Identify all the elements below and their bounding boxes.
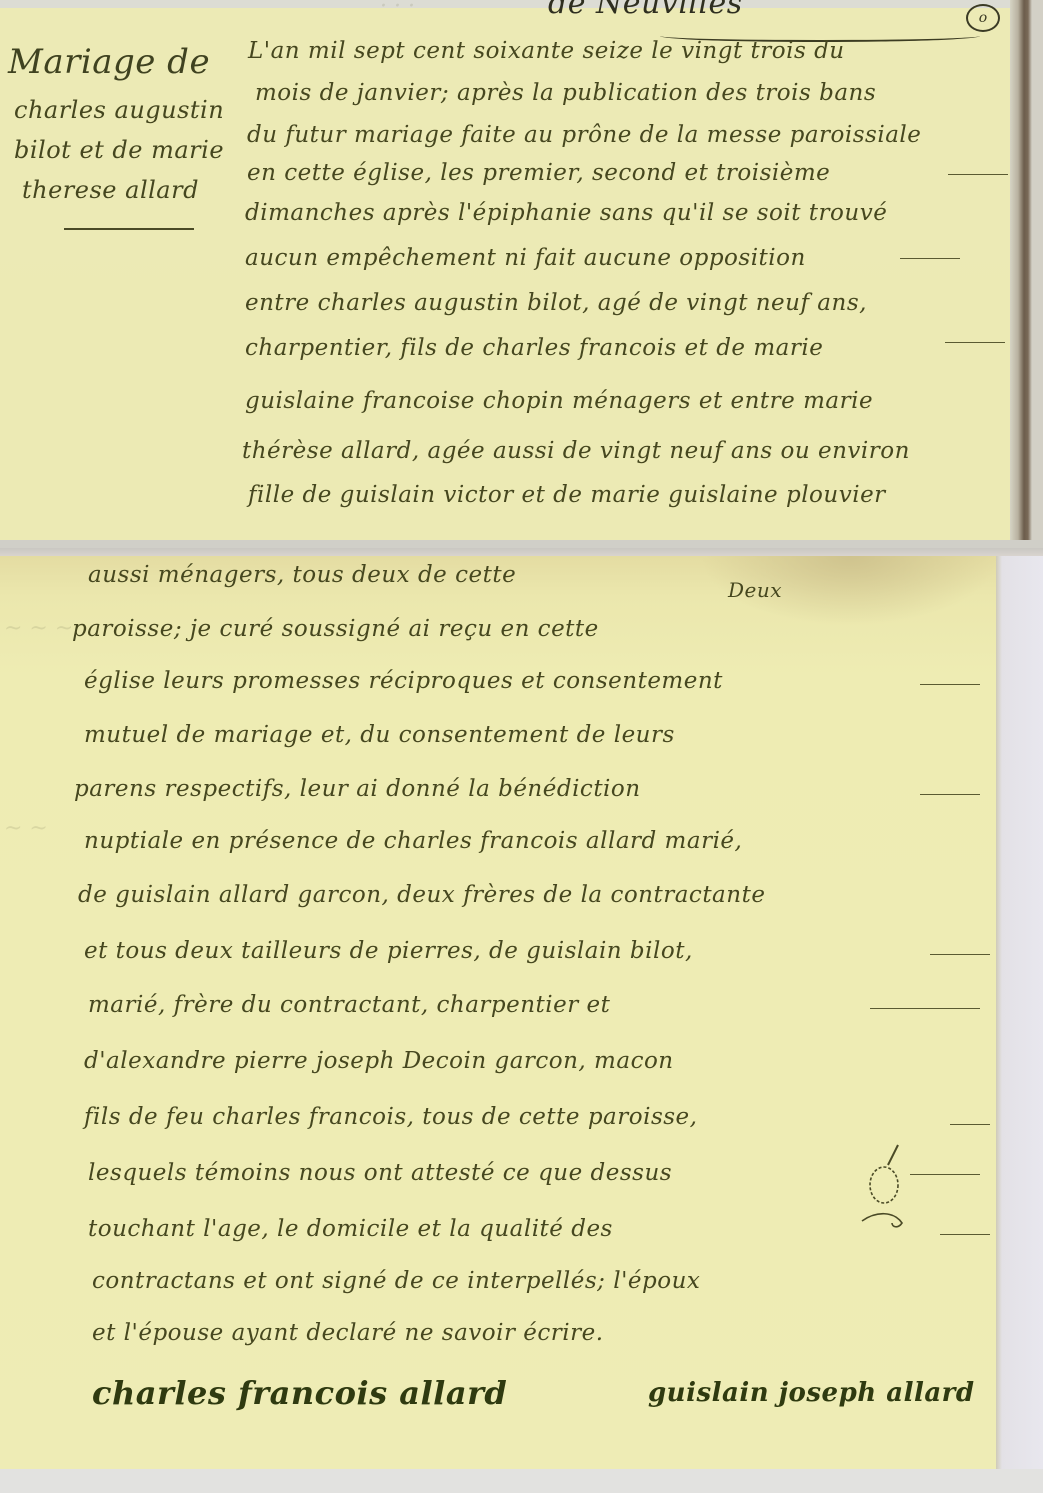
decorative-flourish-icon bbox=[858, 1141, 908, 1231]
line-filler-dash bbox=[920, 684, 980, 685]
record-line: aucun empêchement ni fait aucune opposit… bbox=[245, 245, 806, 271]
fragment-edge bbox=[0, 1469, 1043, 1493]
record-line: et l'épouse ayant declaré ne savoir écri… bbox=[92, 1320, 604, 1346]
record-line: mois de janvier; après la publication de… bbox=[255, 80, 876, 106]
record-line: en cette église, les premier, second et … bbox=[247, 160, 830, 186]
margin-note-underline bbox=[64, 228, 194, 230]
line-filler-dash bbox=[945, 342, 1005, 343]
binding-edge bbox=[1010, 0, 1043, 550]
record-line: dimanches après l'épiphanie sans qu'il s… bbox=[245, 200, 887, 226]
record-line: entre charles augustin bilot, agé de vin… bbox=[245, 290, 867, 316]
line-filler-dash bbox=[900, 258, 960, 259]
record-line: fils de feu charles francois, tous de ce… bbox=[84, 1104, 697, 1130]
page-header-place: de Neuvilles bbox=[548, 0, 743, 21]
line-filler-dash bbox=[870, 1008, 980, 1009]
record-line: aussi ménagers, tous deux de cette bbox=[88, 562, 516, 588]
record-line: lesquels témoins nous ont attesté ce que… bbox=[88, 1160, 672, 1186]
page-margin bbox=[996, 556, 1043, 1493]
record-line: touchant l'age, le domicile et la qualit… bbox=[88, 1216, 613, 1242]
bleedthrough-text: ~ ~ bbox=[4, 816, 48, 841]
signature: guislain joseph allard bbox=[648, 1378, 975, 1408]
record-line: charpentier, fils de charles francois et… bbox=[245, 335, 823, 361]
margin-note-line: charles augustin bbox=[14, 96, 224, 124]
page-number-badge: o bbox=[966, 4, 1000, 32]
margin-note-line: therese allard bbox=[22, 176, 199, 204]
record-line: thérèse allard, agée aussi de vingt neuf… bbox=[242, 438, 910, 464]
line-filler-dash bbox=[940, 1234, 990, 1235]
line-filler-dash bbox=[930, 954, 990, 955]
record-line: nuptiale en présence de charles francois… bbox=[84, 828, 742, 854]
line-filler-dash bbox=[920, 794, 980, 795]
line-filler-dash bbox=[948, 174, 1008, 175]
margin-note-line: bilot et de marie bbox=[14, 136, 224, 164]
record-line: fille de guislain victor et de marie gui… bbox=[248, 482, 886, 508]
record-line: contractans et ont signé de ce interpell… bbox=[92, 1268, 700, 1294]
record-line: guislaine francoise chopin ménagers et e… bbox=[245, 388, 873, 414]
record-line: et tous deux tailleurs de pierres, de gu… bbox=[84, 938, 693, 964]
record-line: du futur mariage faite au prône de la me… bbox=[247, 122, 921, 148]
document-fragment-bottom: ~ ~ ~ ~ ~ Deux aussi ménagers, tous deux… bbox=[0, 556, 1043, 1493]
highlight-overlay bbox=[0, 556, 996, 1493]
margin-note-title: Mariage de bbox=[8, 42, 210, 82]
signature: charles francois allard bbox=[92, 1374, 507, 1412]
record-line: parens respectifs, leur ai donné la béné… bbox=[74, 776, 641, 802]
record-line: église leurs promesses réciproques et co… bbox=[84, 668, 723, 694]
record-line: d'alexandre pierre joseph Decoin garcon,… bbox=[84, 1048, 674, 1074]
document-fragment-top: · · · de Neuvilles o Mariage de charles … bbox=[0, 0, 1043, 550]
bleedthrough-text: · · · bbox=[380, 0, 415, 19]
record-line: L'an mil sept cent soixante seize le vin… bbox=[248, 38, 845, 64]
margin-mark: Deux bbox=[728, 578, 782, 602]
record-line: mutuel de mariage et, du consentement de… bbox=[84, 722, 675, 748]
line-filler-dash bbox=[950, 1124, 990, 1125]
record-line: marié, frère du contractant, charpentier… bbox=[88, 992, 610, 1018]
record-line: paroisse; je curé soussigné ai reçu en c… bbox=[72, 616, 599, 642]
record-line: de guislain allard garcon, deux frères d… bbox=[78, 882, 765, 908]
bleedthrough-text: ~ ~ ~ bbox=[4, 616, 73, 641]
line-filler-dash bbox=[910, 1174, 980, 1175]
